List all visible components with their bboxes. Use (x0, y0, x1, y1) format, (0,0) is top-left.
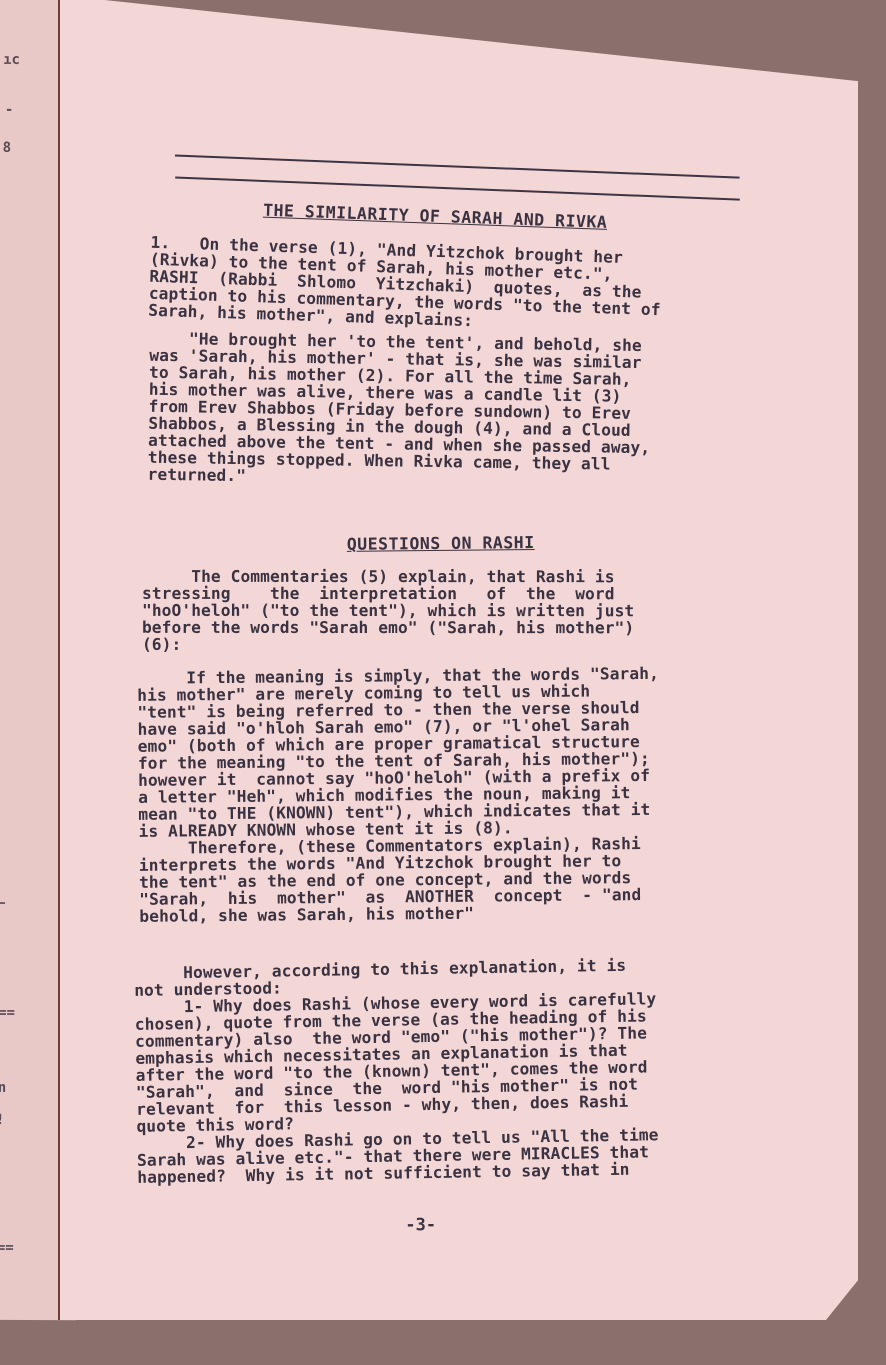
left-page-fragment: == (0, 1005, 15, 1021)
text-line: The Commentaries (5) explain, that Rashi… (142, 568, 615, 585)
text-line: before the words "Sarah emo" ("Sarah, hi… (142, 619, 634, 636)
left-page-fragment: ıc (3, 52, 20, 68)
section-heading: QUESTIONS ON RASHI (347, 533, 535, 554)
left-page-fragment: == (0, 1240, 14, 1256)
text-line: returned." (147, 466, 246, 484)
left-page-fragment: — (0, 895, 5, 911)
text-line: "hoO'heloh" ("to the tent"), which is wr… (142, 602, 634, 619)
left-page-fragment: 8 (3, 140, 12, 156)
text-line: (6): (142, 636, 181, 653)
text-line: behold, she was Sarah, his mother" (139, 905, 474, 925)
text-line: stressing the interpretation of the word (142, 585, 615, 602)
page-number: -3- (405, 1215, 436, 1235)
left-page-fragment: - (5, 102, 14, 118)
left-page-fragment: n (0, 1080, 6, 1096)
left-page-fragment: w! (0, 1112, 4, 1128)
